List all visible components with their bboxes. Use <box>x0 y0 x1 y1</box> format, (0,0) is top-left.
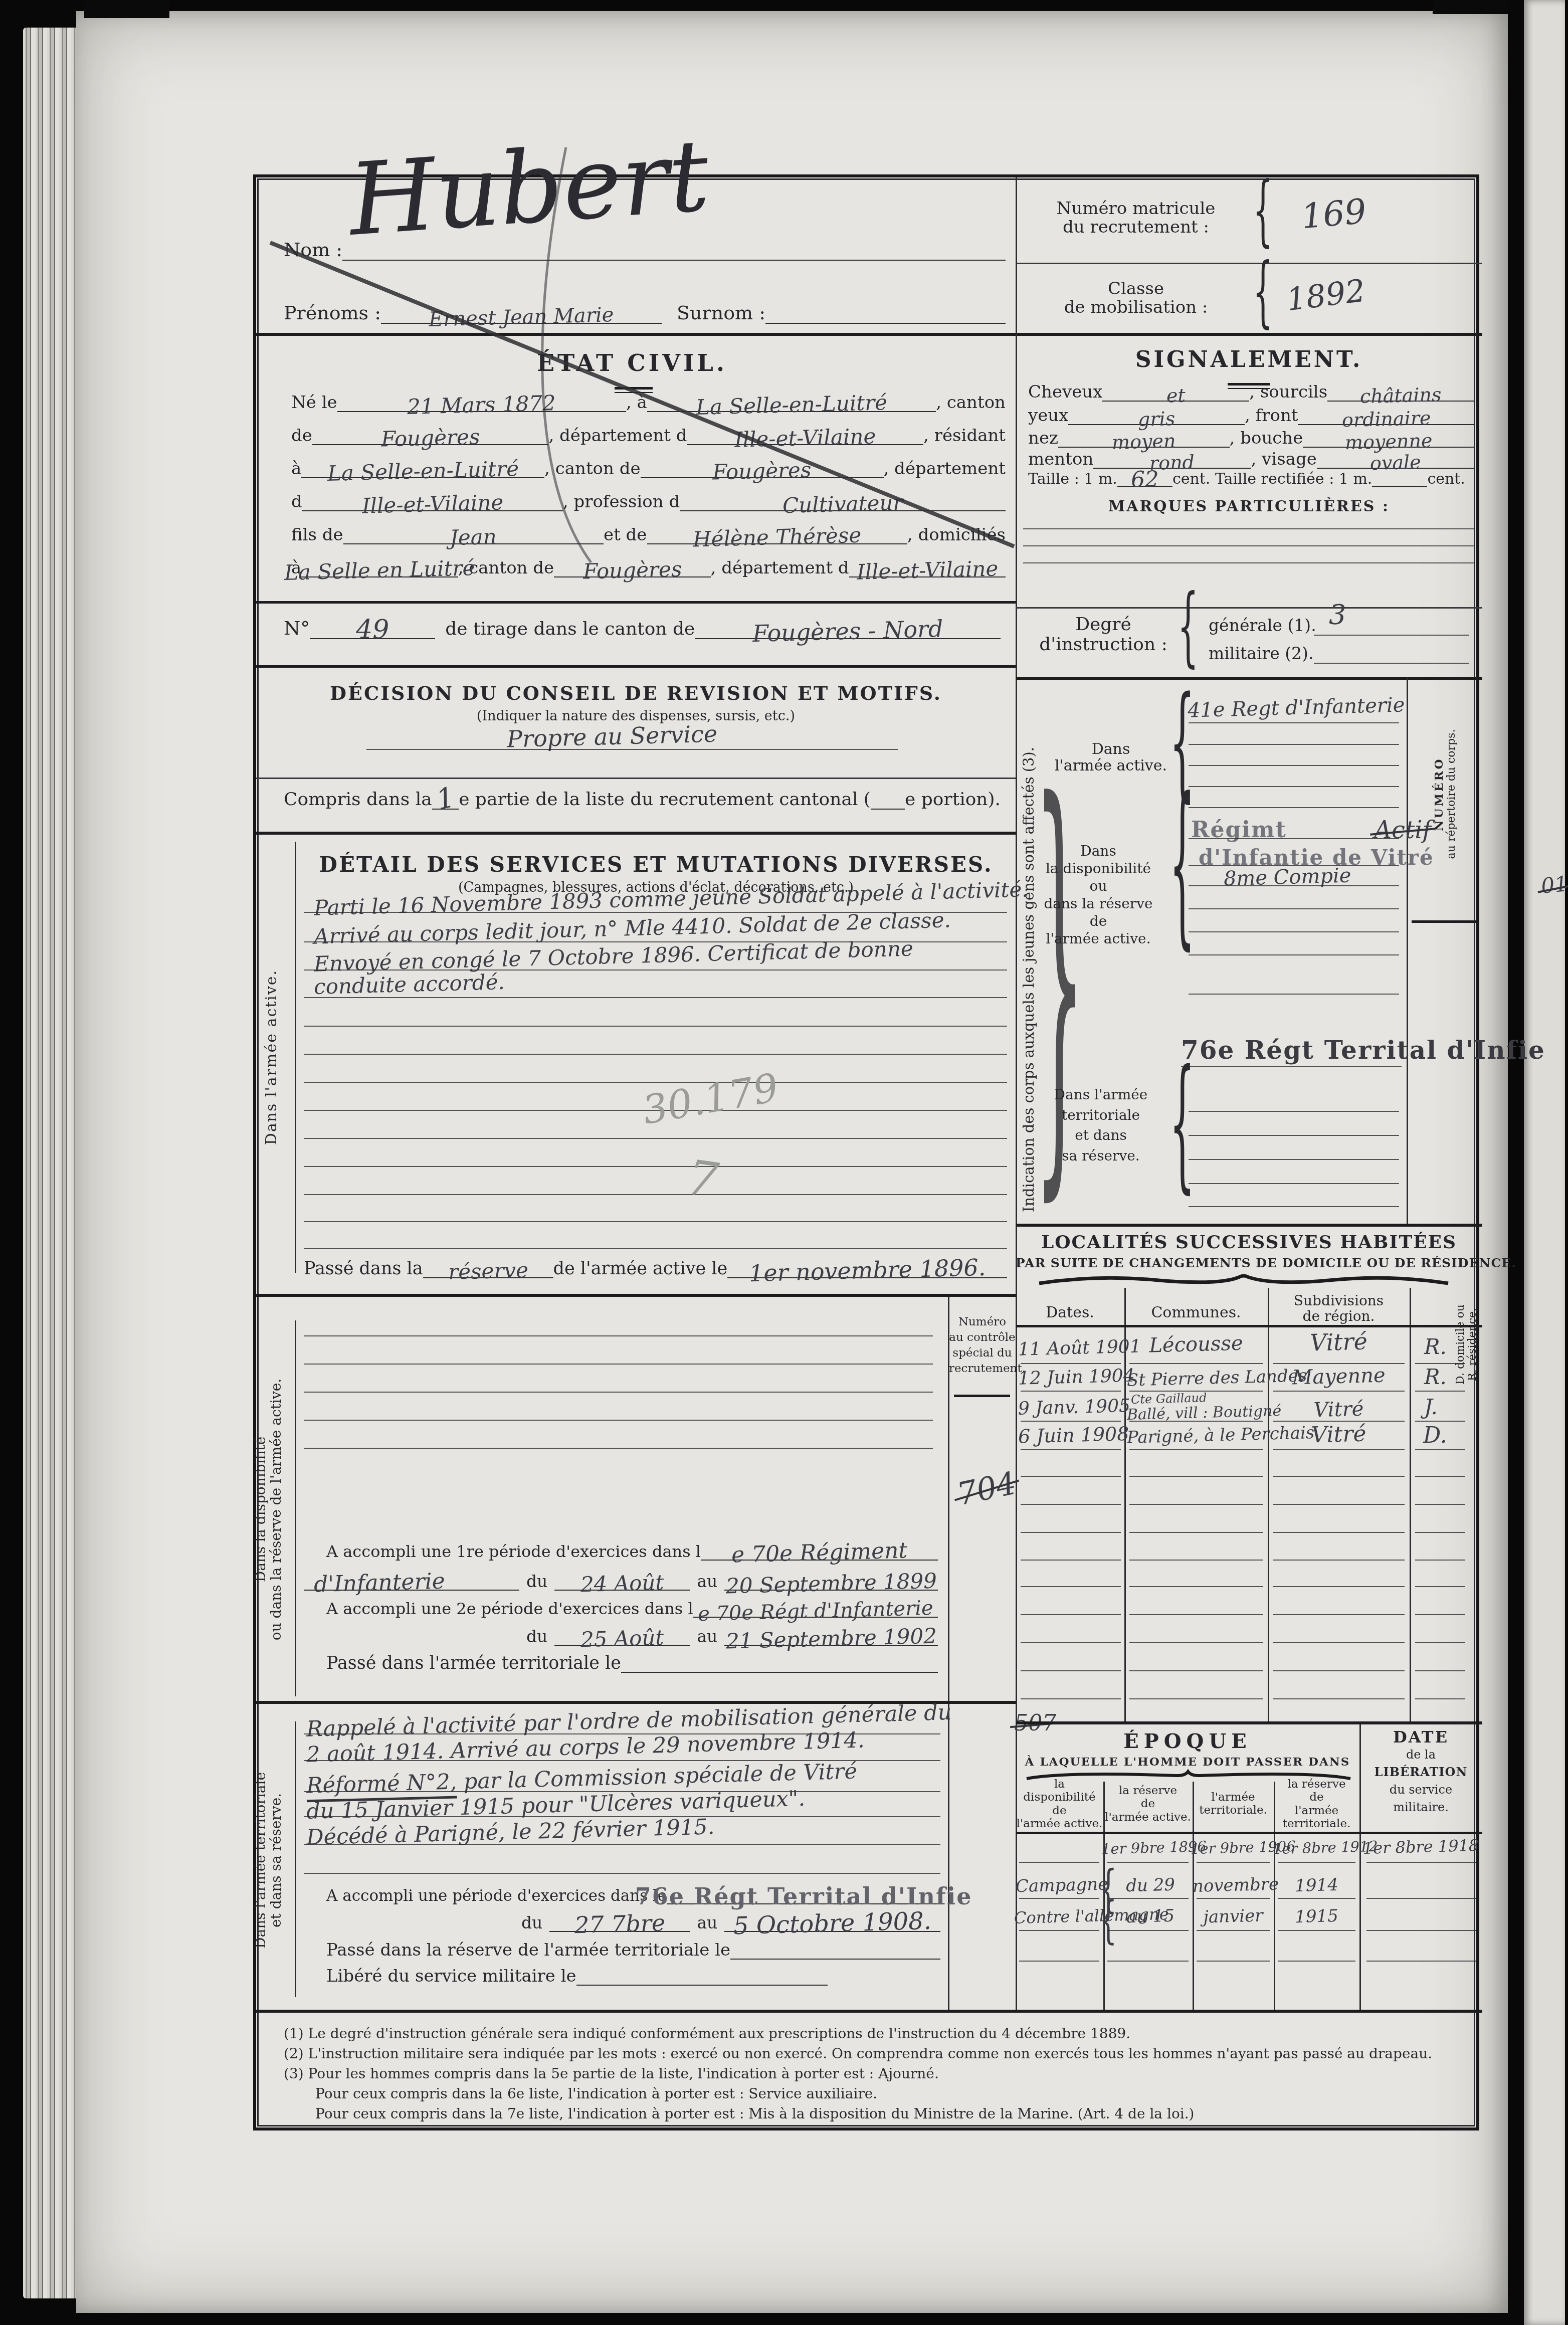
periode-territoriale-au-field: 5 Octobre 1908. <box>724 1911 940 1932</box>
writing-line <box>1107 1961 1189 1962</box>
territorial-regiment-stamp: 76e Régt Territal d'Infie <box>1181 1038 1545 1063</box>
corps-territoriale-label: Dans l'armée territoriale et dans sa rés… <box>1038 1085 1163 1166</box>
controle-header-line: au contrôle <box>949 1330 1016 1345</box>
writing-line <box>1129 1642 1263 1643</box>
portion-field <box>871 809 905 810</box>
line: la disponibilité <box>1031 860 1166 877</box>
line: de <box>1103 1797 1193 1810</box>
label: Passé dans la <box>304 1259 423 1279</box>
rule <box>256 1294 1016 1297</box>
controle-header-line: recrutement. <box>949 1361 1016 1377</box>
writing-line <box>1415 1391 1465 1392</box>
decorative-divider <box>1038 1273 1449 1286</box>
writing-line <box>1189 885 1399 886</box>
loc-row3-dr: J. <box>1424 1397 1438 1418</box>
rule <box>1016 1832 1482 1834</box>
corps-dispo-label: Dans la disponibilité ou dans la réserve… <box>1031 842 1166 947</box>
writing-line <box>1189 1183 1399 1184</box>
writing-line <box>304 1392 933 1393</box>
label: A accompli une 1re période d'exercices d… <box>326 1543 701 1561</box>
line: l'armée active. <box>1103 1811 1193 1824</box>
writing-line <box>1273 1449 1405 1450</box>
writing-line <box>1197 1862 1270 1863</box>
periode-territoriale-dates-row: du 27 7bre au 5 Octobre 1908. <box>304 1905 940 1932</box>
services-entry-4: conduite accordé. <box>314 972 505 998</box>
writing-line <box>1189 954 1399 955</box>
periode1-du-field: 24 Août <box>554 1573 690 1591</box>
loc-row4-date: 6 Juin 1908 <box>1018 1424 1124 1446</box>
loc-row3-subdiv: Vitré <box>1270 1398 1408 1421</box>
writing-line <box>1415 1449 1465 1450</box>
pencil-annotation-1: 30.179 <box>640 1068 781 1130</box>
scan-artifact <box>84 0 169 18</box>
controle-header: Numéro au contrôle spécial du recrutemen… <box>949 1314 1016 1377</box>
writing-line <box>304 1166 1007 1167</box>
label: au <box>697 1628 717 1646</box>
line: dans la réserve <box>1031 895 1166 912</box>
scan-artifact <box>1433 0 1508 14</box>
line: l'armée active. <box>1016 1817 1103 1830</box>
label: A accompli une 2e période d'exercices da… <box>326 1600 693 1618</box>
campagne-line1: Campagne <box>1016 1876 1104 1895</box>
services-side-label: Dans l'armée active. <box>261 917 281 1198</box>
footnote-5: Pour ceux compris dans la 7e liste, l'in… <box>315 2105 1195 2122</box>
line: de la <box>1359 1746 1482 1764</box>
writing-line <box>1415 1504 1465 1505</box>
reserve-side-label-line1: Dans la disponibilité <box>253 1304 269 1715</box>
rule <box>1412 920 1477 923</box>
loc-row1-subdiv: Vitré <box>1270 1328 1407 1355</box>
writing-line <box>304 1082 1007 1083</box>
services-side-label-text: Dans l'armée active. <box>263 917 280 1198</box>
line: territoriale. <box>1193 1804 1274 1817</box>
writing-line <box>1129 1560 1263 1561</box>
writing-line <box>1129 1586 1263 1587</box>
writing-line <box>1189 908 1399 909</box>
book-spine-pages <box>23 28 76 2298</box>
writing-line <box>1021 1586 1121 1587</box>
writing-line <box>1197 1930 1270 1931</box>
writing-line <box>1019 1961 1099 1962</box>
epoque-col1-header: la disponibilité de l'armée active. <box>1016 1778 1103 1831</box>
writing-line <box>1273 1586 1405 1587</box>
writing-line <box>1415 1586 1465 1587</box>
line: l'armée <box>1274 1804 1359 1817</box>
corps-territoriale-brace: { <box>1169 1052 1195 1196</box>
writing-line <box>1019 1898 1099 1899</box>
writing-line <box>304 1873 940 1874</box>
passe-reserve-row: Passé dans la réserve de l'armée active … <box>304 1251 1007 1278</box>
writing-line <box>1021 1449 1121 1450</box>
writing-line <box>304 1448 933 1449</box>
loc-row1-date: 11 Août 1901 <box>1018 1338 1124 1359</box>
writing-line <box>1278 1862 1355 1863</box>
campagne-r1-c3: novembre <box>1193 1876 1274 1895</box>
epoque-subtitle: À LAQUELLE L'HOMME DOIT PASSER DANS <box>1016 1756 1359 1768</box>
writing-line <box>1021 1476 1121 1477</box>
diagonal-pen-stroke <box>256 177 1482 779</box>
writing-line <box>1273 1504 1405 1505</box>
corps-dispo-brace: { <box>1169 776 1195 952</box>
writing-line <box>1366 1898 1476 1899</box>
controle-header-line: spécial du <box>949 1345 1016 1361</box>
pencil-annotation-2: 7 <box>684 1153 721 1205</box>
services-brace-line <box>295 842 296 1273</box>
periode-territoriale-corps-field: 76e Régt Territal d'Infie <box>667 1885 940 1904</box>
writing-line <box>304 1844 940 1845</box>
localites-col-communes: Communes. <box>1124 1304 1268 1321</box>
writing-line <box>1415 1670 1465 1671</box>
writing-line <box>1189 786 1399 787</box>
reserve-side-label: Dans la disponibilité ou dans la réserve… <box>250 1304 288 1715</box>
writing-line <box>1273 1698 1405 1699</box>
loc-row2-date: 12 Juin 1904 <box>1018 1367 1124 1388</box>
line: territoriale. <box>1274 1817 1359 1830</box>
writing-line <box>1415 1642 1465 1643</box>
writing-line <box>1129 1449 1263 1450</box>
epoque-v-liberation: 1er 8bre 1918 <box>1359 1837 1483 1856</box>
periode1-corps2-field: d'Infanterie <box>304 1572 519 1591</box>
localites-col-divider <box>1268 1288 1269 1721</box>
passe-reserve-date-field: 1er novembre 1896. <box>727 1259 1007 1278</box>
writing-line <box>304 1248 1007 1249</box>
line: de <box>1016 1804 1103 1817</box>
writing-line <box>1189 838 1399 839</box>
periode1-corps-field: e 70e Régiment <box>701 1542 938 1561</box>
periode-territoriale-du-field: 27 7bre <box>549 1912 690 1932</box>
rule <box>1016 1721 1482 1724</box>
territoriale-brace-line <box>295 1721 296 1997</box>
date-liberation-label: DATE de la LIBÉRATION du service militai… <box>1359 1728 1482 1816</box>
writing-line <box>304 1138 1007 1139</box>
writing-line <box>1415 1421 1465 1422</box>
label: du <box>521 1914 542 1932</box>
rule <box>1016 1325 1482 1327</box>
controle-number-struck: 704 <box>954 1467 1019 1510</box>
libere-row: Libéré du service militaire le <box>326 1959 828 1986</box>
loc-row3-date: 9 Janv. 1905 <box>1018 1397 1124 1418</box>
line: du service <box>1359 1781 1482 1799</box>
writing-line <box>1107 1898 1189 1899</box>
writing-line <box>1129 1504 1263 1505</box>
territoriale-side-label: Dans l'armée territoriale et dans sa rés… <box>250 1705 288 2016</box>
next-page-edge <box>1524 0 1565 2325</box>
periode-territoriale-row: A accompli une période d'exercices dans … <box>326 1877 940 1904</box>
reserve-brace-line <box>295 1320 296 1696</box>
writing-line <box>304 1420 933 1421</box>
writing-line <box>1366 1862 1476 1863</box>
writing-line <box>1189 807 1399 808</box>
line: et dans <box>1038 1125 1163 1146</box>
campagne-r2-c2: au 15 <box>1108 1907 1193 1926</box>
rule <box>256 2010 1482 2013</box>
line: territoriale <box>1038 1105 1163 1126</box>
line: DATE <box>1359 1728 1482 1746</box>
label: Libéré du service militaire le <box>326 1967 576 1986</box>
label: Passé dans la réserve de l'armée territo… <box>326 1941 730 1960</box>
writing-line <box>1021 1532 1121 1533</box>
rule <box>954 1395 1010 1397</box>
loc-row3-commune: Ballé, vill : Boutigné <box>1127 1404 1282 1423</box>
writing-line <box>1189 1206 1399 1207</box>
writing-line <box>1273 1476 1405 1477</box>
writing-line <box>1021 1614 1121 1615</box>
compris-label-c: e portion). <box>905 790 1001 810</box>
campagne-r1-c2: du 29 <box>1108 1876 1193 1895</box>
writing-line <box>1189 1135 1399 1136</box>
writing-line <box>1415 1476 1465 1477</box>
writing-line <box>1273 1391 1405 1392</box>
writing-line <box>304 1364 933 1365</box>
writing-line <box>1415 1532 1465 1533</box>
campagne-r1-c4: 1914 <box>1274 1876 1360 1895</box>
loc-row1-commune: Lécousse <box>1127 1332 1266 1356</box>
passe-territoriale-row: Passé dans l'armée territoriale le <box>326 1646 938 1673</box>
passe-reserve-value: réserve <box>448 1260 528 1283</box>
label: Passé dans l'armée territoriale le <box>326 1654 621 1673</box>
line: R. résidence. <box>1467 1239 1479 1450</box>
liste-partie-field: 1 <box>432 785 459 810</box>
writing-line <box>1415 1614 1465 1615</box>
writing-line <box>1273 1642 1405 1643</box>
loc-row4-subdiv: Vitré <box>1270 1422 1407 1447</box>
rule <box>1016 1224 1482 1227</box>
line: la <box>1016 1778 1103 1791</box>
writing-line <box>1189 994 1399 995</box>
writing-line <box>1129 1670 1263 1671</box>
localites-subtitle: PAR SUITE DE CHANGEMENTS DE DOMICILE OU … <box>1016 1256 1482 1270</box>
footnote-2: (2) L'instruction militaire sera indiqué… <box>284 2045 1432 2062</box>
libere-field <box>576 1985 828 1986</box>
writing-line <box>1197 1961 1270 1962</box>
line: l'armée active. <box>1031 930 1166 947</box>
writing-line <box>1129 1532 1263 1533</box>
periode1-row1: A accompli une 1re période d'exercices d… <box>326 1533 938 1561</box>
writing-line <box>1189 931 1399 932</box>
line: de <box>1031 912 1166 930</box>
line: sa réserve. <box>1038 1146 1163 1167</box>
writing-line <box>1278 1898 1355 1899</box>
territoriale-side-label-line2: et dans sa réserve. <box>269 1705 284 2016</box>
localites-col-dates: Dates. <box>1016 1304 1124 1321</box>
writing-line <box>1197 1898 1270 1899</box>
writing-line <box>1415 1560 1465 1561</box>
writing-line <box>1021 1642 1121 1643</box>
writing-line <box>1129 1698 1263 1699</box>
rule <box>256 832 1016 835</box>
writing-line <box>1181 1066 1402 1067</box>
periode2-row2: du 25 Août au 21 Septembre 1902 <box>304 1619 938 1646</box>
periode1-row2: d'Infanterie du 24 Août au 20 Septembre … <box>304 1564 938 1591</box>
writing-line <box>1129 1614 1263 1615</box>
writing-line <box>1273 1532 1405 1533</box>
line: de <box>1274 1791 1359 1804</box>
epoque-v-territoriale: 1er 9bre 1906 <box>1191 1840 1276 1856</box>
line: de région. <box>1268 1309 1410 1324</box>
writing-line <box>1021 1504 1121 1505</box>
footnote-3: (3) Pour les hommes compris dans la 5e p… <box>284 2065 939 2082</box>
writing-line <box>304 1221 1007 1222</box>
writing-line <box>1107 1930 1189 1931</box>
periode1-corps-value: e 70e Régiment <box>731 1539 907 1566</box>
controle-header-line: Numéro <box>949 1314 1016 1330</box>
passe-reserve-date-value: 1er novembre 1896. <box>748 1256 986 1285</box>
line: la réserve <box>1274 1778 1359 1791</box>
writing-line <box>1019 1862 1099 1863</box>
line: LIBÉRATION <box>1359 1764 1482 1781</box>
passe-territoriale-field <box>621 1672 938 1673</box>
periode2-corps-field: e 70e Régt d'Infanterie <box>693 1601 938 1618</box>
writing-line <box>304 1335 933 1336</box>
writing-line <box>304 970 1007 971</box>
liste-partie-value: 1 <box>434 784 457 815</box>
writing-line <box>1107 1862 1189 1863</box>
writing-line <box>1021 1391 1121 1392</box>
compris-label-a: Compris dans la <box>284 790 432 810</box>
writing-line <box>1273 1614 1405 1615</box>
line: la réserve <box>1103 1784 1193 1797</box>
label: au <box>697 1914 717 1932</box>
epoque-col2-header: la réserve de l'armée active. <box>1103 1784 1193 1824</box>
line: ou <box>1031 877 1166 895</box>
footnote-1: (1) Le degré d'instruction générale sera… <box>284 2025 1130 2042</box>
line: disponibilité <box>1016 1791 1103 1804</box>
services-title: DÉTAIL DES SERVICES ET MUTATIONS DIVERSE… <box>306 853 1006 876</box>
label: A accompli une période d'exercices dans … <box>326 1887 667 1904</box>
line: l'armée <box>1193 1791 1274 1804</box>
epoque-col3-header: l'armée territoriale. <box>1193 1791 1274 1817</box>
writing-line <box>1021 1560 1121 1561</box>
line: D. domicile ou <box>1455 1239 1467 1450</box>
label: du <box>526 1628 547 1646</box>
writing-line <box>1021 1698 1121 1699</box>
reserve-side-label-line2: ou dans la réserve de l'armée active. <box>269 1304 284 1715</box>
passe-reserve-field: réserve <box>423 1261 553 1278</box>
localites-title: LOCALITÉS SUCCESSIVES HABITÉES <box>1016 1233 1482 1253</box>
campagne-r2-c3: janvier <box>1193 1907 1274 1926</box>
writing-line <box>1129 1421 1263 1422</box>
epoque-v-reserve: 1er 9bre 1896 <box>1101 1840 1195 1857</box>
compris-row: Compris dans la 1 e partie de la liste d… <box>284 782 1001 810</box>
writing-line <box>304 997 1007 998</box>
writing-line <box>1021 1421 1121 1422</box>
loc-row2-subdiv: Mayenne <box>1270 1365 1408 1388</box>
matricule-form: Nom : Hubert Prénoms : Ernest Jean Marie… <box>253 174 1479 2130</box>
writing-line <box>1278 1930 1355 1931</box>
localites-col-divider <box>1410 1288 1411 1721</box>
loc-row3-commune-note: Cte Gaillaud <box>1131 1392 1207 1406</box>
periode2-row1: A accompli une 2e période d'exercices da… <box>326 1591 938 1618</box>
writing-line <box>1021 1670 1121 1671</box>
localites-col-subdiv: Subdivisions de région. <box>1268 1293 1410 1324</box>
loc-row4-dr: D. <box>1423 1425 1447 1447</box>
loc-row2-dr: R. <box>1424 1367 1447 1388</box>
passe-reserve-territoriale-row: Passé dans la réserve de l'armée territo… <box>326 1932 940 1960</box>
epoque-title: ÉPOQUE <box>1016 1730 1359 1753</box>
writing-line <box>1415 1698 1465 1699</box>
writing-line <box>1415 1363 1465 1364</box>
line: militaire. <box>1359 1799 1482 1816</box>
writing-line <box>1273 1560 1405 1561</box>
writing-line <box>304 1026 1007 1027</box>
writing-line <box>1278 1961 1355 1962</box>
writing-line <box>304 1194 1007 1195</box>
label: du <box>526 1573 547 1591</box>
line: Dans <box>1031 842 1166 860</box>
periode2-du-field: 25 Août <box>554 1628 690 1646</box>
writing-line <box>1129 1476 1263 1477</box>
epoque-v-reserve-territoriale: 1er 8bre 1912 <box>1273 1840 1362 1857</box>
label: de l'armée active le <box>553 1259 728 1279</box>
localites-col-dr: D. domicile ou R. résidence. <box>1453 1239 1481 1450</box>
footnote-4: Pour ceux compris dans la 6e liste, l'in… <box>315 2085 877 2102</box>
loc-row1-dr: R. <box>1424 1336 1447 1358</box>
line: Dans l'armée <box>1038 1085 1163 1105</box>
compris-label-b: e partie de la liste du recrutement cant… <box>459 790 871 810</box>
writing-line <box>1021 1363 1121 1364</box>
writing-line <box>1189 1111 1399 1112</box>
writing-line <box>1273 1670 1405 1671</box>
epoque-col4-header: la réserve de l'armée territoriale. <box>1274 1778 1359 1831</box>
writing-line <box>1129 1363 1263 1364</box>
writing-line <box>1366 1961 1476 1962</box>
territoriale-side-label-line1: Dans l'armée territoriale <box>253 1705 269 2016</box>
writing-line <box>1366 1930 1476 1931</box>
writing-line <box>1189 1159 1399 1160</box>
writing-line <box>304 1054 1007 1055</box>
periode2-au-field: 21 Septembre 1902 <box>724 1628 938 1646</box>
writing-line <box>1019 1930 1099 1931</box>
periode1-au-field: 20 Septembre 1899 <box>724 1573 938 1591</box>
campagne-r2-c4: 1915 <box>1274 1907 1360 1926</box>
line: Subdivisions <box>1268 1293 1410 1309</box>
label: au <box>697 1573 717 1591</box>
